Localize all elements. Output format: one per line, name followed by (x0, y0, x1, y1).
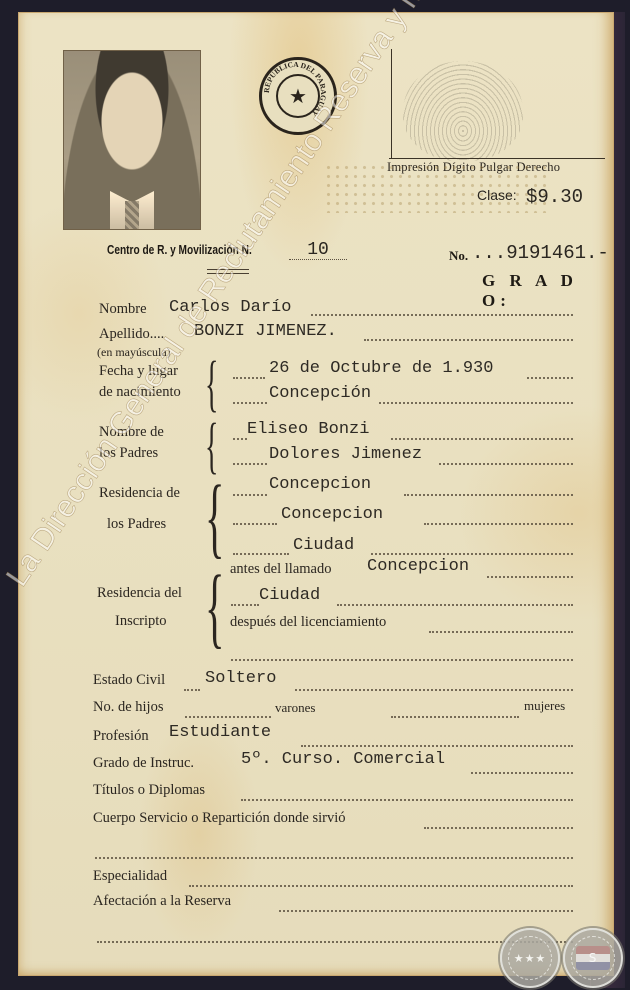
dotted-line (471, 771, 573, 774)
dotted-line (364, 338, 573, 341)
estado-civil-label: Estado Civil (93, 672, 165, 689)
dotted-line (371, 552, 573, 555)
brace: { (205, 563, 224, 653)
clase-label: Clase: (477, 187, 517, 203)
numero-label: No. (449, 248, 468, 264)
badge-ring: S (571, 936, 615, 980)
residencia-padres-3: Ciudad (293, 536, 354, 555)
apellido-note: (en mayúscula) (97, 345, 171, 360)
centro-label: Centro de R. y Movilización N. (107, 242, 252, 257)
dotted-line (189, 884, 573, 887)
dotted-line (233, 437, 247, 440)
despues-del-licenciamiento-label: después del licenciamiento (230, 614, 386, 631)
dotted-line (97, 940, 573, 943)
paraguay-flag-icon: S (576, 946, 610, 970)
residencia-inscripto-label-1: Residencia del (97, 585, 182, 602)
residencia-inscripto-label-2: Inscripto (115, 613, 167, 630)
antes-del-llamado-value: Concepcion (367, 557, 469, 576)
military-registration-card: REPUBLICA DEL PARAGUAY ★ Impresión Dígit… (18, 12, 614, 976)
residencia-padres-2: Concepcion (281, 505, 383, 524)
clase-value: $9.30 (526, 186, 583, 208)
dotted-line (95, 856, 573, 859)
titulos-label: Títulos o Diplomas (93, 782, 205, 799)
instruccion-label: Grado de Instruc. (93, 755, 194, 772)
especialidad-label: Especialidad (93, 868, 167, 885)
afectacion-label: Afectación a la Reserva (93, 893, 231, 910)
profesion-value: Estudiante (169, 723, 271, 742)
republic-seal: REPUBLICA DEL PARAGUAY ★ (259, 57, 337, 135)
nacimiento-lugar: Concepción (269, 384, 371, 403)
dotted-line (233, 401, 267, 404)
dotted-line (424, 826, 573, 829)
numero-value: ...9191461.- (472, 242, 609, 264)
dotted-line (404, 493, 573, 496)
dotted-line (279, 909, 573, 912)
padre-nombre: Eliseo Bonzi (247, 420, 369, 439)
necktie (125, 201, 139, 229)
fingerprint-box-baseline (389, 158, 605, 159)
dotted-line (379, 401, 573, 404)
dotted-line (337, 603, 573, 606)
hijos-label: No. de hijos (93, 699, 163, 716)
dotted-line (391, 715, 519, 718)
dotted-line (241, 798, 573, 801)
residencia-padres-1: Concepcion (269, 475, 371, 494)
dotted-line (295, 688, 573, 691)
varones-label: varones (275, 700, 315, 716)
nombre-value: Carlos Darío (169, 298, 291, 317)
dotted-line (527, 376, 573, 379)
thumbprint (403, 61, 523, 161)
dotted-line (231, 658, 573, 661)
dotted-line (233, 552, 289, 555)
dotted-line (311, 313, 573, 316)
dotted-line (439, 462, 573, 465)
cuerpo-servicio-label: Cuerpo Servicio o Repartición donde sirv… (93, 810, 346, 827)
madre-nombre: Dolores Jimenez (269, 445, 422, 464)
portrait-photo (63, 50, 201, 230)
flag-badge: S (563, 928, 623, 988)
brace: { (205, 353, 218, 415)
mujeres-label: mujeres (524, 698, 565, 714)
residencia-inscripto-ciudad: Ciudad (259, 586, 320, 605)
stars-icon: ★★★ (508, 936, 552, 980)
nacimiento-label-2: de nacimiento (99, 384, 181, 401)
apellido-label: Apellido.... (99, 326, 164, 343)
instruccion-value: 5º. Curso. Comercial (241, 750, 445, 769)
padres-label-1: Nombre de (99, 424, 164, 441)
dotted-line (391, 437, 573, 440)
dotted-line (487, 575, 573, 578)
dotted-line (231, 603, 259, 606)
stars-badge: ★★★ (500, 928, 560, 988)
dotted-line (185, 715, 271, 718)
dotted-line (233, 376, 265, 379)
padres-label-2: los Padres (99, 445, 158, 462)
dotted-line (233, 462, 267, 465)
svg-text:REPUBLICA DEL PARAGUAY: REPUBLICA DEL PARAGUAY (262, 60, 328, 119)
dotted-line (233, 522, 277, 525)
antes-del-llamado-label: antes del llamado (230, 561, 331, 578)
profesion-label: Profesión (93, 728, 149, 745)
residencia-padres-label-2: los Padres (107, 516, 166, 533)
nacimiento-fecha: 26 de Octubre de 1.930 (269, 359, 493, 378)
centro-value: 10 (289, 241, 347, 260)
estado-civil-value: Soltero (205, 669, 276, 688)
dotted-line (424, 522, 573, 525)
brace: { (205, 473, 224, 563)
apellido-value: BONZI JIMENEZ. (194, 322, 337, 341)
residencia-padres-label-1: Residencia de (99, 485, 180, 502)
divider (207, 269, 249, 274)
nacimiento-label-1: Fecha y lugar (99, 363, 178, 380)
dotted-line (184, 688, 200, 691)
nombre-label: Nombre (99, 301, 147, 318)
dotted-line (233, 493, 267, 496)
dotted-line (301, 744, 573, 747)
dotted-line (429, 630, 573, 633)
grado-label: G R A D O: (482, 271, 613, 311)
fingerprint-box-border (391, 49, 392, 159)
seal-text-ring-icon: REPUBLICA DEL PARAGUAY (259, 57, 331, 129)
